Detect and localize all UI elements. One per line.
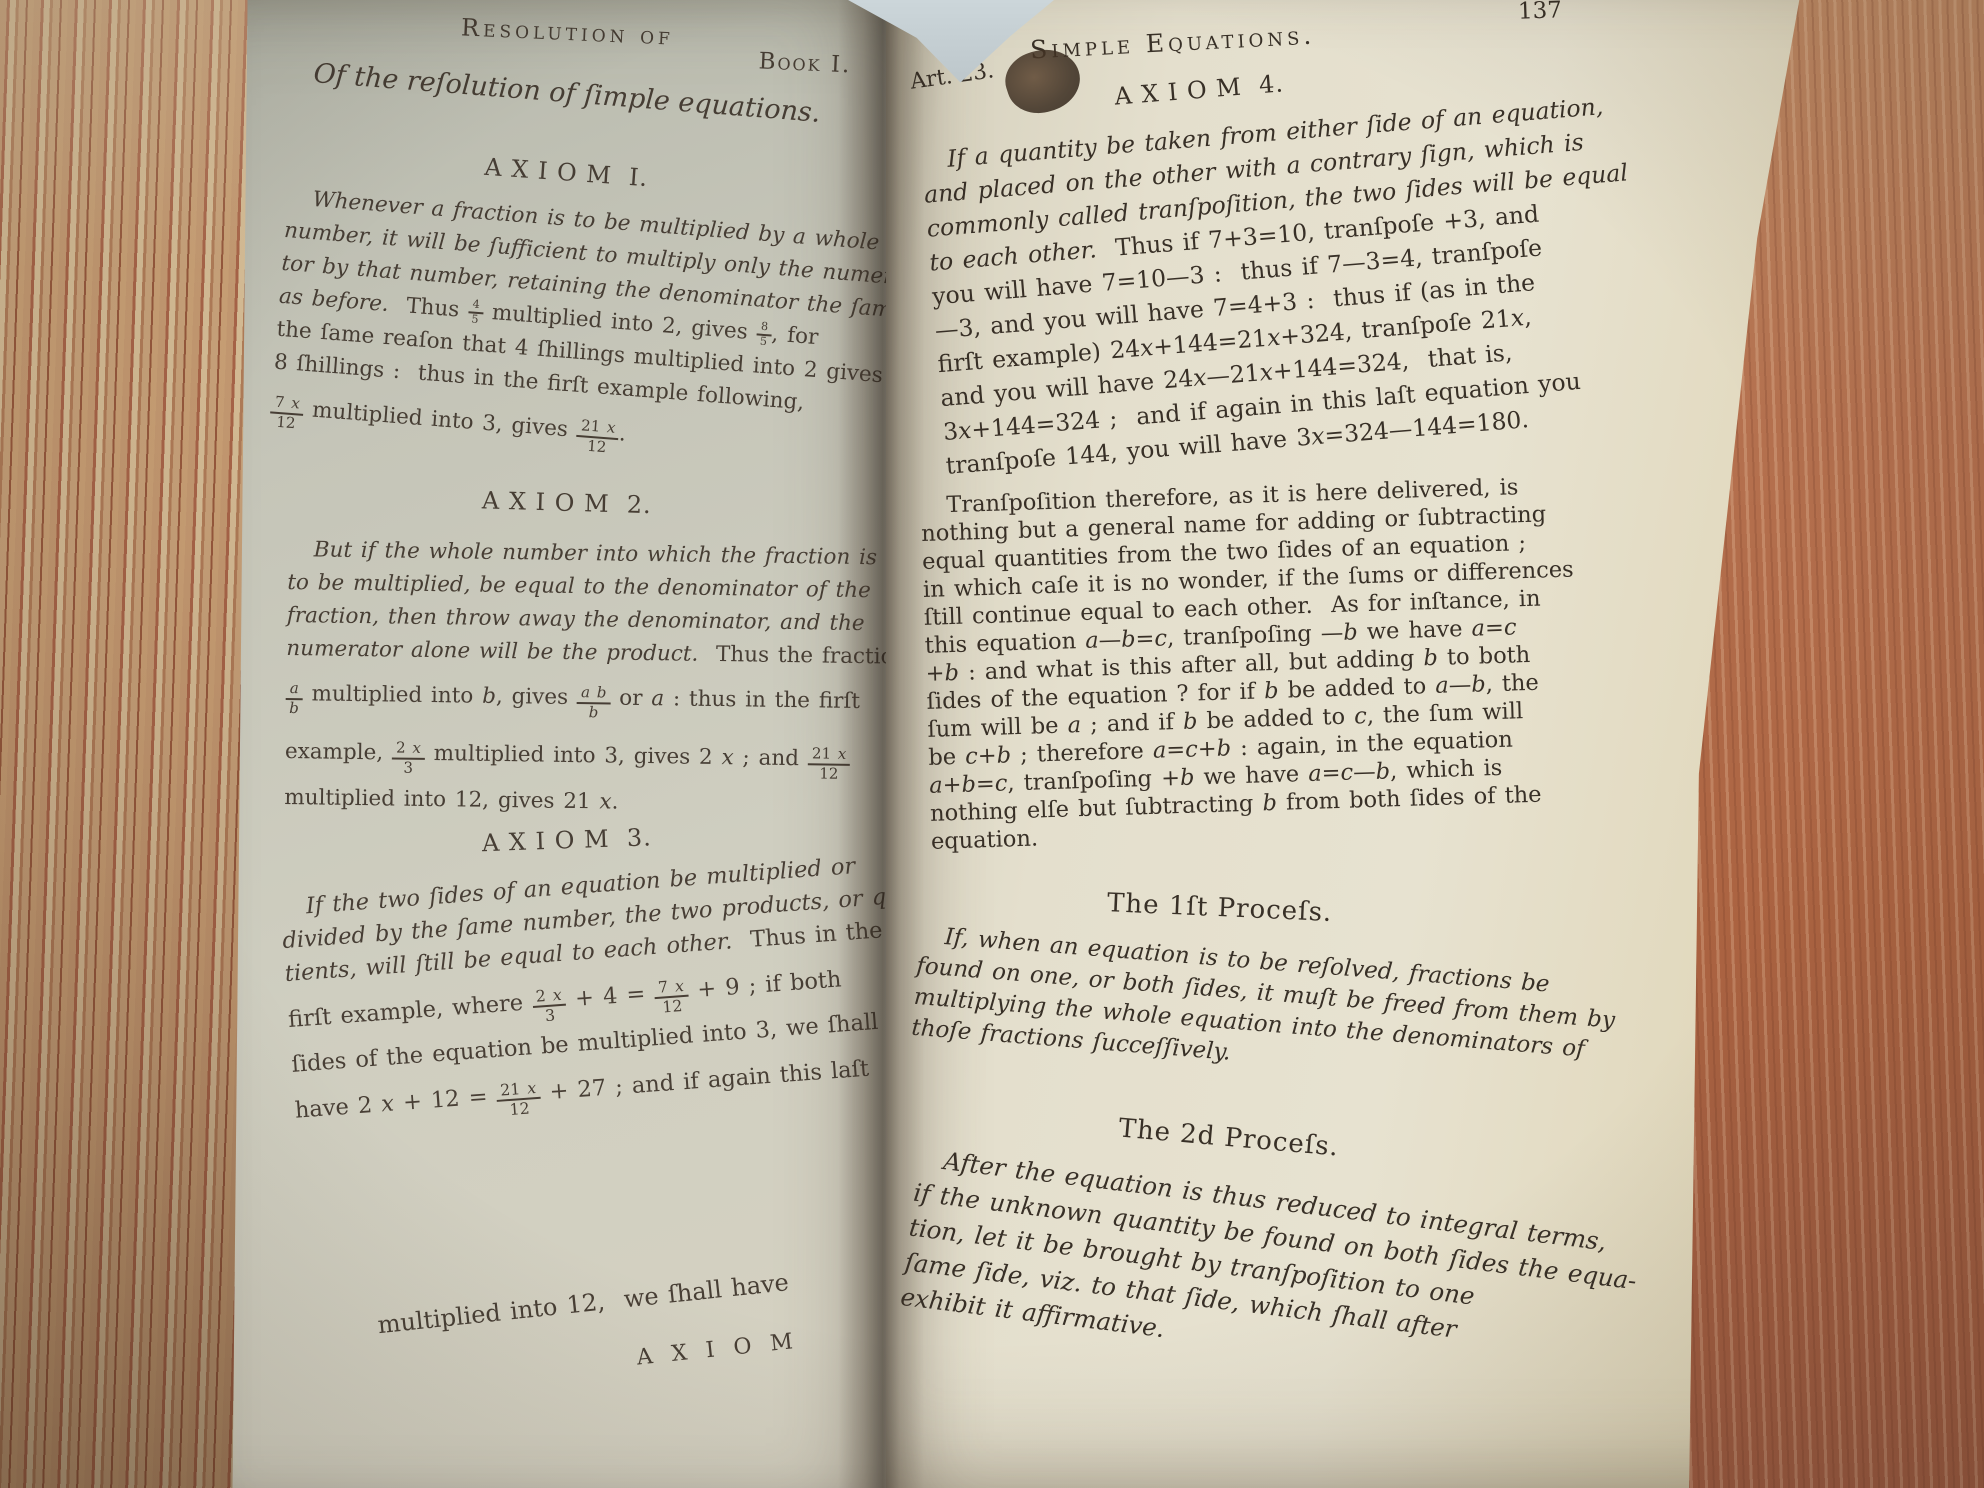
variable-letter: x [412,739,421,757]
stacked-fraction: 21 x12 [808,745,851,782]
roman-text: equation. [931,825,1039,854]
roman-text: + [925,660,945,687]
italic-text: c [1503,614,1516,640]
text-line: example, 2 x3 multiplied into 3, gives 2… [285,723,844,789]
fraction-numerator: 7 x [270,393,304,415]
italic-text: a [929,772,943,798]
roman-text: + 4 = [565,980,655,1012]
left-page-content: Resolution of Book I. Of the reſolution … [208,0,896,1378]
roman-text: we have [1194,761,1309,791]
roman-text: + [977,743,997,770]
italic-text: fraction, then throw away the denominato… [287,603,865,636]
process1-para: If, when an equation is to be reſolved, … [910,920,1618,1099]
italic-text: b [1375,758,1390,784]
variable-letter: x [552,985,562,1005]
roman-text: Thus in the [731,917,883,954]
italic-text: x [721,745,733,770]
italic-text: a [1067,712,1081,738]
running-head-right: Simple Equations. [1029,21,1315,65]
roman-text: = [1485,615,1505,642]
page-number: 137 [1518,0,1563,25]
right-page-sections: A X I O M 4.If a quantity be taken from … [920,98,1620,1315]
roman-text: + 9 ; if both [687,966,842,1003]
italic-text: a [1308,761,1322,787]
fraction-denominator: b [285,700,302,717]
fraction-denominator: 3 [392,759,425,776]
italic-text: b [961,771,976,797]
italic-text: b [1423,645,1438,671]
fraction-denominator: 12 [269,413,303,432]
roman-text: + [1197,736,1217,763]
italic-text: a [1435,672,1449,698]
italic-text: b [1216,735,1231,761]
roman-text: , the [1485,670,1539,698]
axiom4-para: If a quantity be taken from either ſide … [920,88,1645,483]
open-book-photo: Resolution of Book I. Of the reſolution … [0,0,1984,1488]
italic-text: a [1471,615,1485,641]
axiom2-para: But if the whole number into which the f… [284,533,846,822]
roman-text: , tranſpoſing + [1007,765,1180,796]
italic-text: b [1343,619,1358,645]
roman-text: — [1353,759,1376,786]
roman-text: or [610,686,651,712]
italic-text: b [996,742,1011,768]
italic-text: a [1152,737,1166,763]
roman-text: = [1321,760,1341,787]
variable-letter: a [290,679,299,697]
variable-letter: b [289,699,299,717]
roman-text: firſt example, where [287,989,533,1033]
book-number-label: Book I. [758,48,852,78]
italic-text: c [1340,760,1353,786]
roman-text: . [611,790,618,815]
italic-text: a [1085,627,1099,653]
roman-text: be [928,744,966,771]
roman-text: , gives [496,684,577,710]
roman-text: ; and [734,745,809,771]
text-line: ab multiplied into b, gives a bb or a : … [285,665,844,731]
roman-text: have 2 [294,1091,382,1123]
roman-text: multiplied into 3, gives [302,397,577,443]
variable-letter: a [581,683,590,701]
roman-text: to both [1437,642,1530,671]
roman-text: this equation [924,628,1085,659]
roman-text: . [618,421,627,446]
roman-text: be added to [1278,673,1436,704]
roman-text: — [1448,672,1471,699]
right-page-content: Art. 23. Simple Equations. 137 A X I O M… [886,0,1620,1315]
roman-text: we have [1357,616,1472,646]
roman-text: —21 [1205,359,1260,391]
italic-text: b [1183,708,1198,734]
italic-text: b [1262,790,1277,816]
italic-text: b [482,684,496,709]
roman-text: multiplied into 12, gives 21 [284,785,600,814]
italic-text: b [1180,765,1195,791]
italic-text: c [1154,625,1167,651]
roman-text: — [1098,627,1121,654]
italic-text: to be multiplied, be equal to the denomi… [287,570,871,603]
stacked-fraction: 2 x3 [392,739,425,776]
italic-text: b [1121,626,1136,652]
left-page: Resolution of Book I. Of the reſolution … [208,0,896,1488]
variable-letter: b [589,703,599,721]
fraction-denominator: 12 [808,765,851,782]
stacked-fraction: ab [285,680,302,717]
italic-text: a [651,686,664,711]
italic-text: But if the whole number into which the f… [314,537,878,570]
italic-text: c [994,770,1007,796]
italic-text: b [944,660,959,686]
roman-text: be added to [1197,703,1355,734]
stacked-fraction: 7 x12 [269,393,305,432]
fraction-denominator: 5 [467,313,483,327]
roman-text: ; therefore [1011,738,1154,768]
italic-text: c [1185,736,1198,762]
italic-text: x [599,789,611,814]
variable-letter: x [526,1078,536,1098]
fraction-numerator: 2 x [531,985,566,1008]
fraction-denominator: 3 [533,1006,568,1026]
variable-letter: x [674,976,684,996]
fraction-numerator: a b [577,684,611,704]
axiom3-para: If the two ſides of an equation be multi… [279,851,854,1139]
roman-text: = [975,771,995,798]
roman-text: + [942,772,962,799]
roman-text: , which is [1390,755,1503,785]
stacked-fraction: 21 x12 [575,417,620,457]
left-page-sections: A X I O M I.Whenever a fraction is to be… [288,139,846,1345]
roman-text: Thus [388,292,469,323]
roman-text: = [1135,626,1155,653]
italic-text: numerator alone will be the product. [286,636,698,667]
stacked-fraction: 21 x12 [496,1079,543,1120]
axiom2-head: A X I O M 2. [288,481,847,525]
roman-text: + 27 ; and if again this laſt [540,1056,870,1106]
italic-text: b [1471,671,1486,697]
fraction-denominator: 12 [497,1099,542,1120]
roman-text: multiplied into [303,681,483,709]
roman-text: = [1166,737,1186,764]
roman-text: ſum will be [927,712,1068,742]
fraction-denominator: 5 [755,335,771,349]
italic-text: as before. [278,284,390,317]
italic-text: b [1264,678,1279,704]
variable-letter: x [606,418,616,437]
stacked-fraction: 7 x12 [653,976,690,1017]
roman-text: + 12 = [393,1083,498,1116]
roman-text: Thus the fraction [698,642,896,670]
stacked-fraction: 2 x3 [531,985,568,1026]
fraction-denominator: 12 [655,997,690,1017]
transposition-para: Tranſpoſition therefore, as it is here d… [920,470,1631,856]
italic-text: c [1354,703,1367,729]
axiom1-para: Whenever a fraction is to be multiplied … [268,181,844,479]
roman-text: multiplied into 12, we ſhall have [376,1268,790,1339]
roman-text: example, [285,739,392,765]
left-fore-edge [0,0,250,1488]
stacked-fraction: a bb [577,684,611,721]
roman-text: , [1523,303,1533,332]
roman-text: multiplied into 3, gives 2 [425,741,722,770]
fraction-numerator: 7 x [653,976,688,999]
roman-text: , the ſum will [1366,698,1523,729]
process2-para: After the equation is thus reduced to in… [899,1140,1615,1399]
variable-letter: x [838,745,847,763]
fraction-numerator: 2 x [392,739,425,759]
fraction-denominator: b [577,704,611,721]
fraction-numerator: 21 x [808,745,851,765]
variable-letter: b [597,683,607,701]
roman-text: : thus in the firſt [664,686,860,714]
fraction-numerator: a [286,680,303,700]
roman-text: , for [771,322,820,351]
fraction-denominator: 12 [575,437,619,457]
roman-text: ; and if [1081,709,1184,738]
variable-letter: x [291,394,301,413]
